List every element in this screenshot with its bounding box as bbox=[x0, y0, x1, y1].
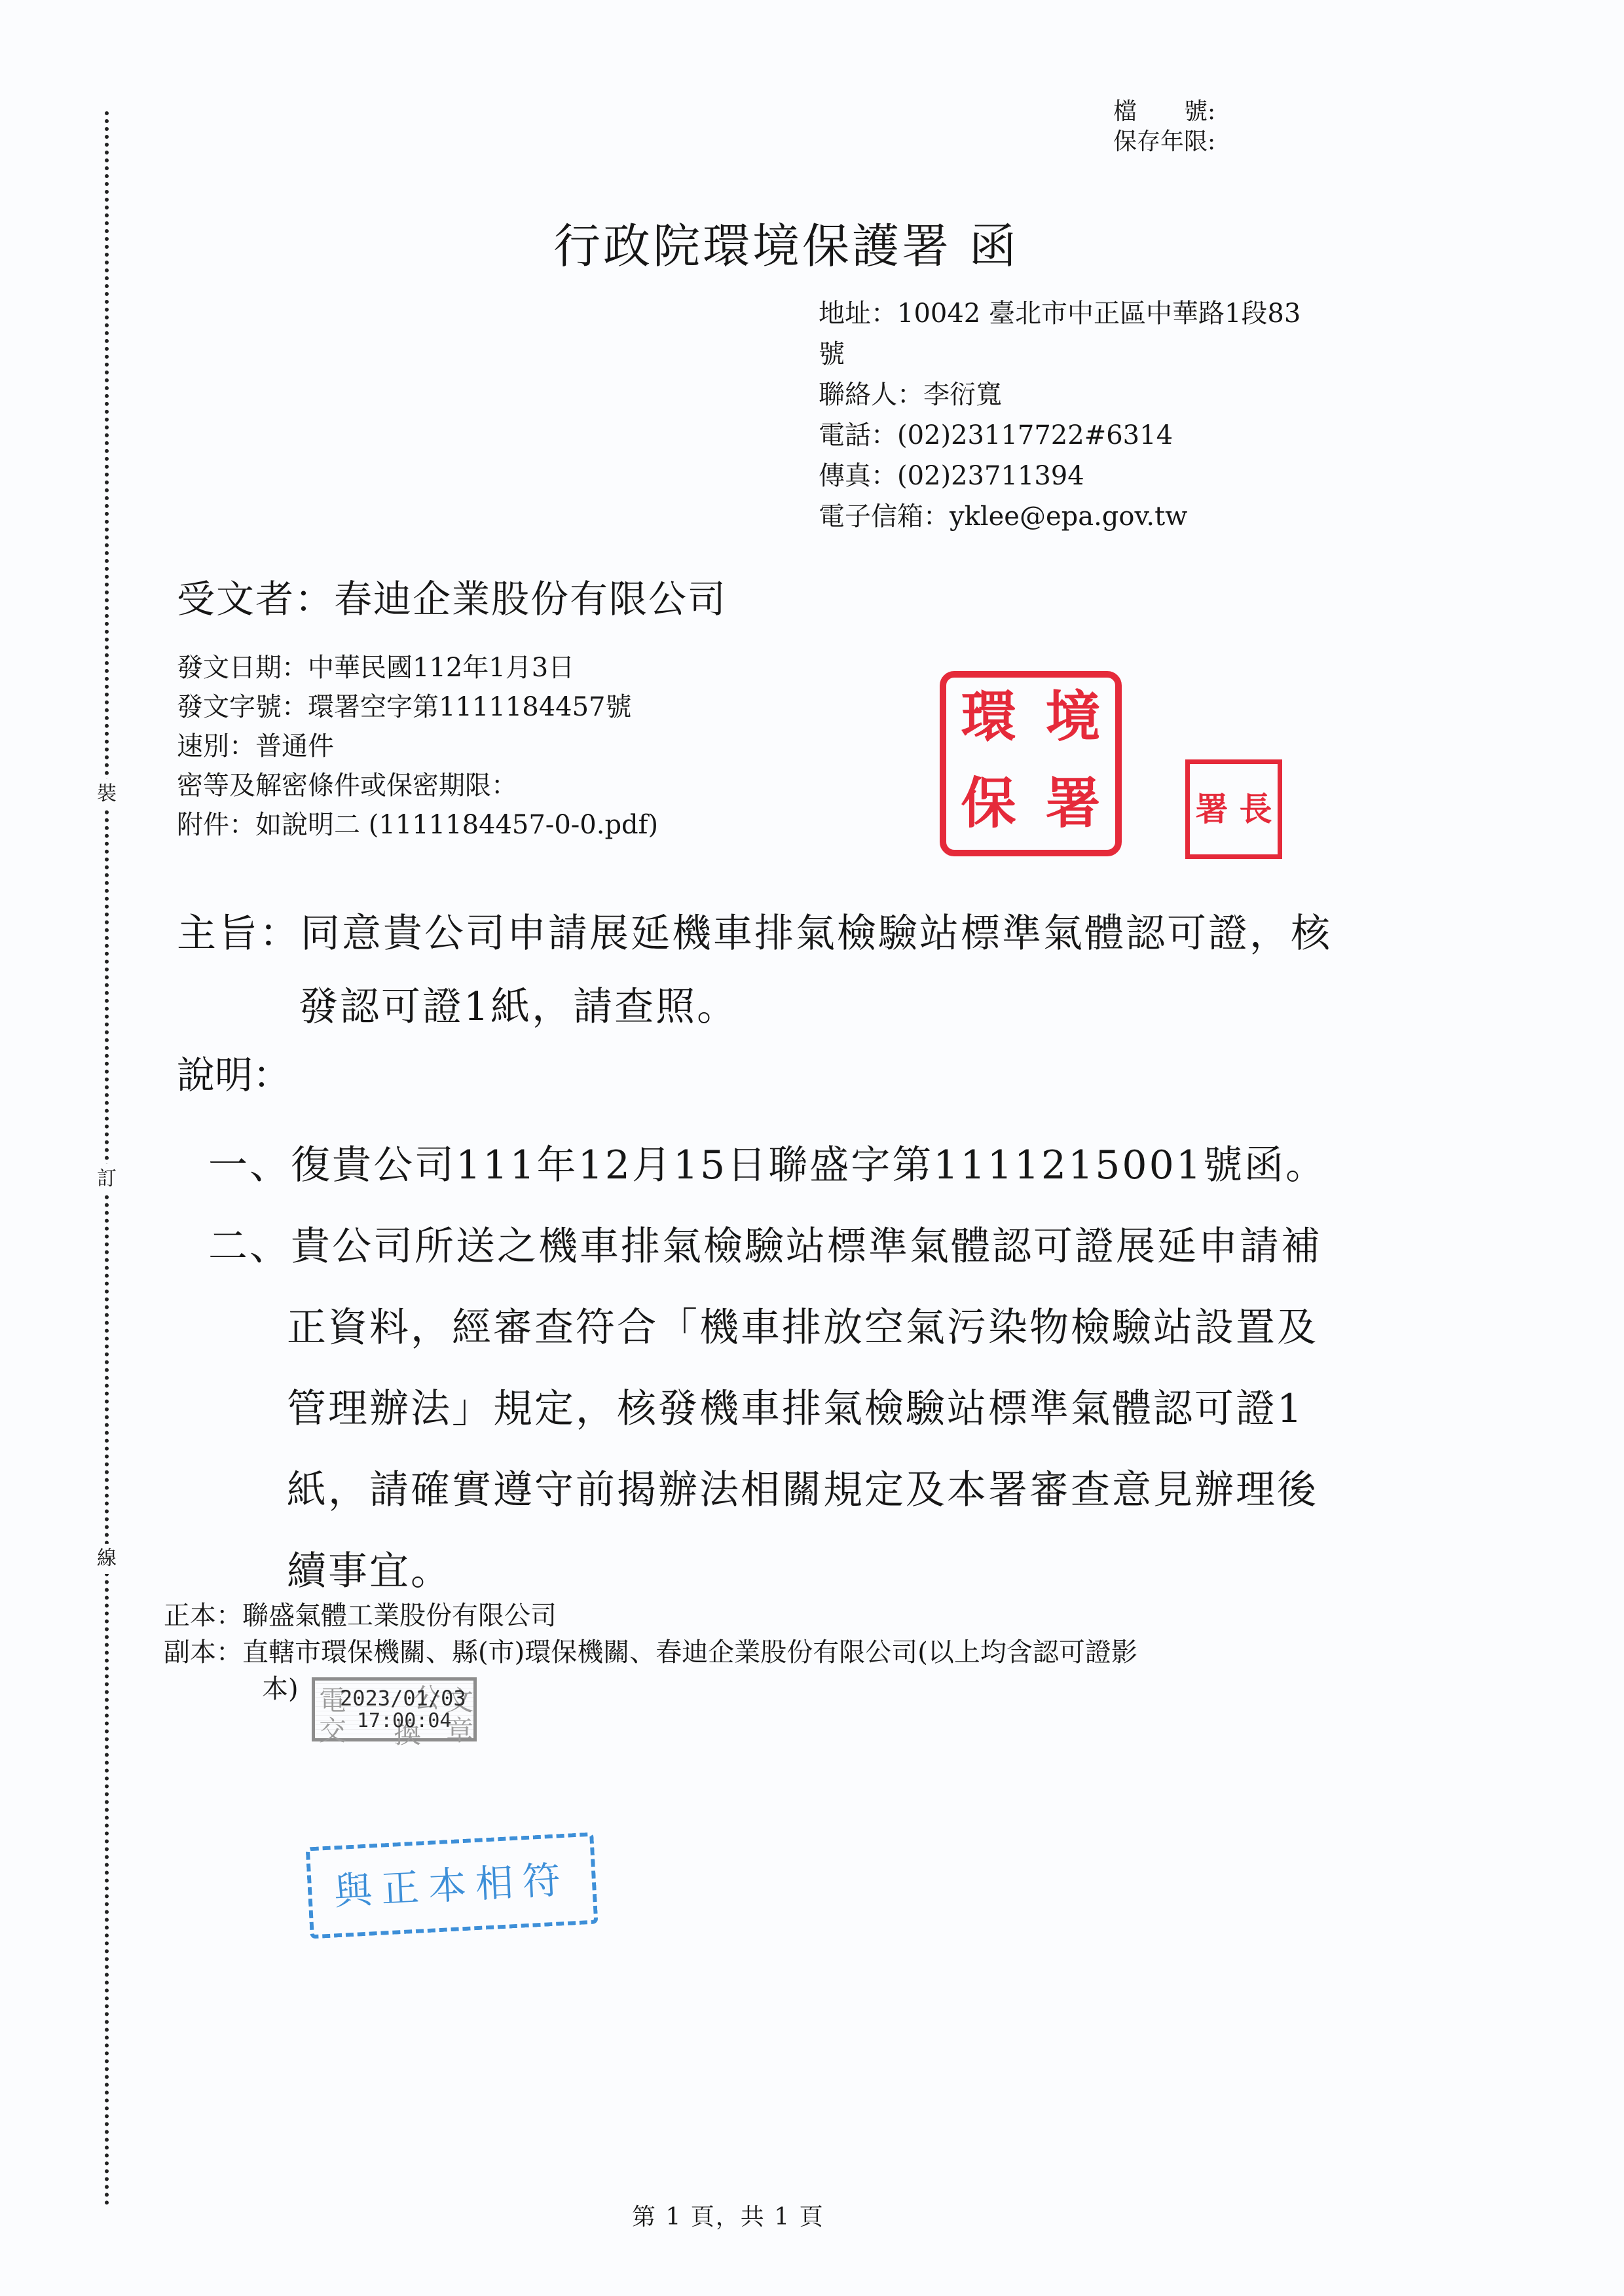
explanation-label: 說明： bbox=[177, 1044, 291, 1099]
certified-copy-stamp: 與正本相符 bbox=[306, 1832, 599, 1939]
retention-label: 保存年限: bbox=[1113, 127, 1215, 157]
sender-fax: 傳真：(02)23711394 bbox=[819, 456, 1301, 496]
copy-recipients: 副本：直轄市環保機關、縣(市)環保機關、春迪企業股份有限公司(以上均含認可證影 bbox=[164, 1634, 1137, 1671]
file-meta: 檔 號: 保存年限: bbox=[1113, 97, 1215, 157]
binding-mark-bind: 裝 bbox=[92, 779, 122, 809]
sender-info: 地址：10042 臺北市中正區中華路1段83 號 聯絡人：李衍寬 電話：(02)… bbox=[819, 293, 1301, 537]
explanation-item-2-cont: 紙，請確實遵守前揭辦法相關規定及本署審查意見辦理後 bbox=[208, 1449, 1327, 1531]
distribution: 正本：聯盛氣體工業股份有限公司 副本：直轄市環保機關、縣(市)環保機關、春迪企業… bbox=[164, 1597, 1137, 1707]
explanation-item-2-cont: 正資料，經審查符合「機車排放空氣污染物檢驗站設置及 bbox=[208, 1287, 1327, 1368]
stamp-time: 17:00:04 bbox=[357, 1709, 452, 1732]
document-meta: 發文日期：中華民國112年1月3日 發文字號：環署空字第1111184457號 … bbox=[177, 648, 658, 845]
binding-margin-line bbox=[105, 111, 109, 2206]
sender-address-cont: 號 bbox=[819, 334, 1301, 374]
file-number-label: 檔 號: bbox=[1113, 97, 1215, 127]
stamp-date: 2023/01/03 bbox=[340, 1686, 466, 1711]
seal-char: 署 bbox=[1190, 764, 1234, 854]
binding-mark-staple: 訂 bbox=[92, 1164, 122, 1194]
subject: 主旨：同意貴公司申請展延機車排氣檢驗站標準氣體認可證，核 發認可證1紙，請查照。 bbox=[177, 897, 1332, 1044]
page-number: 第 1 頁，共 1 頁 bbox=[632, 2198, 824, 2232]
sender-email: 電子信箱：yklee@epa.gov.tw bbox=[819, 496, 1301, 537]
stamp-bg-char: 交 bbox=[319, 1709, 346, 1749]
delivery-speed: 速別：普通件 bbox=[177, 727, 658, 766]
explanation-item-1: 一、復貴公司111年12月15日聯盛字第1111215001號函。 bbox=[208, 1125, 1327, 1206]
explanation-body: 一、復貴公司111年12月15日聯盛字第1111215001號函。 二、貴公司所… bbox=[208, 1125, 1327, 1612]
issue-date: 發文日期：中華民國112年1月3日 bbox=[177, 648, 658, 687]
original-recipient: 正本：聯盛氣體工業股份有限公司 bbox=[164, 1597, 1137, 1634]
seal-char: 境 bbox=[1031, 678, 1115, 764]
document-number: 發文字號：環署空字第1111184457號 bbox=[177, 687, 658, 727]
sender-address: 地址：10042 臺北市中正區中華路1段83 bbox=[819, 293, 1301, 334]
official-seal-small: 署 長 bbox=[1185, 759, 1282, 859]
official-seal-large: 環 境 保 署 bbox=[940, 671, 1122, 856]
e-document-exchange-stamp: 電 公 文 交 換 章 2023/01/03 17:00:04 bbox=[312, 1677, 477, 1741]
sender-contact: 聯絡人：李衍寬 bbox=[819, 374, 1301, 415]
recipient: 受文者：春迪企業股份有限公司 bbox=[177, 568, 727, 623]
binding-mark-line: 線 bbox=[92, 1544, 122, 1574]
seal-char: 署 bbox=[1031, 764, 1115, 850]
copy-recipients-cont: 本) bbox=[164, 1671, 1137, 1707]
attachment: 附件：如說明二 (1111184457-0-0.pdf) bbox=[177, 805, 658, 845]
subject-line: 發認可證1紙，請查照。 bbox=[177, 970, 1332, 1044]
seal-char: 環 bbox=[946, 678, 1031, 764]
seal-char: 保 bbox=[946, 764, 1031, 850]
explanation-item-2: 二、貴公司所送之機車排氣檢驗站標準氣體認可證展延申請補 bbox=[208, 1206, 1327, 1287]
classification: 密等及解密條件或保密期限： bbox=[177, 766, 658, 805]
document-title: 行政院環境保護署 函 bbox=[553, 208, 1019, 276]
subject-line: 主旨：同意貴公司申請展延機車排氣檢驗站標準氣體認可證，核 bbox=[177, 897, 1332, 970]
sender-phone: 電話：(02)23117722#6314 bbox=[819, 415, 1301, 456]
explanation-item-2-cont: 管理辦法」規定，核發機車排氣檢驗站標準氣體認可證1 bbox=[208, 1368, 1327, 1449]
seal-char: 長 bbox=[1234, 764, 1278, 854]
